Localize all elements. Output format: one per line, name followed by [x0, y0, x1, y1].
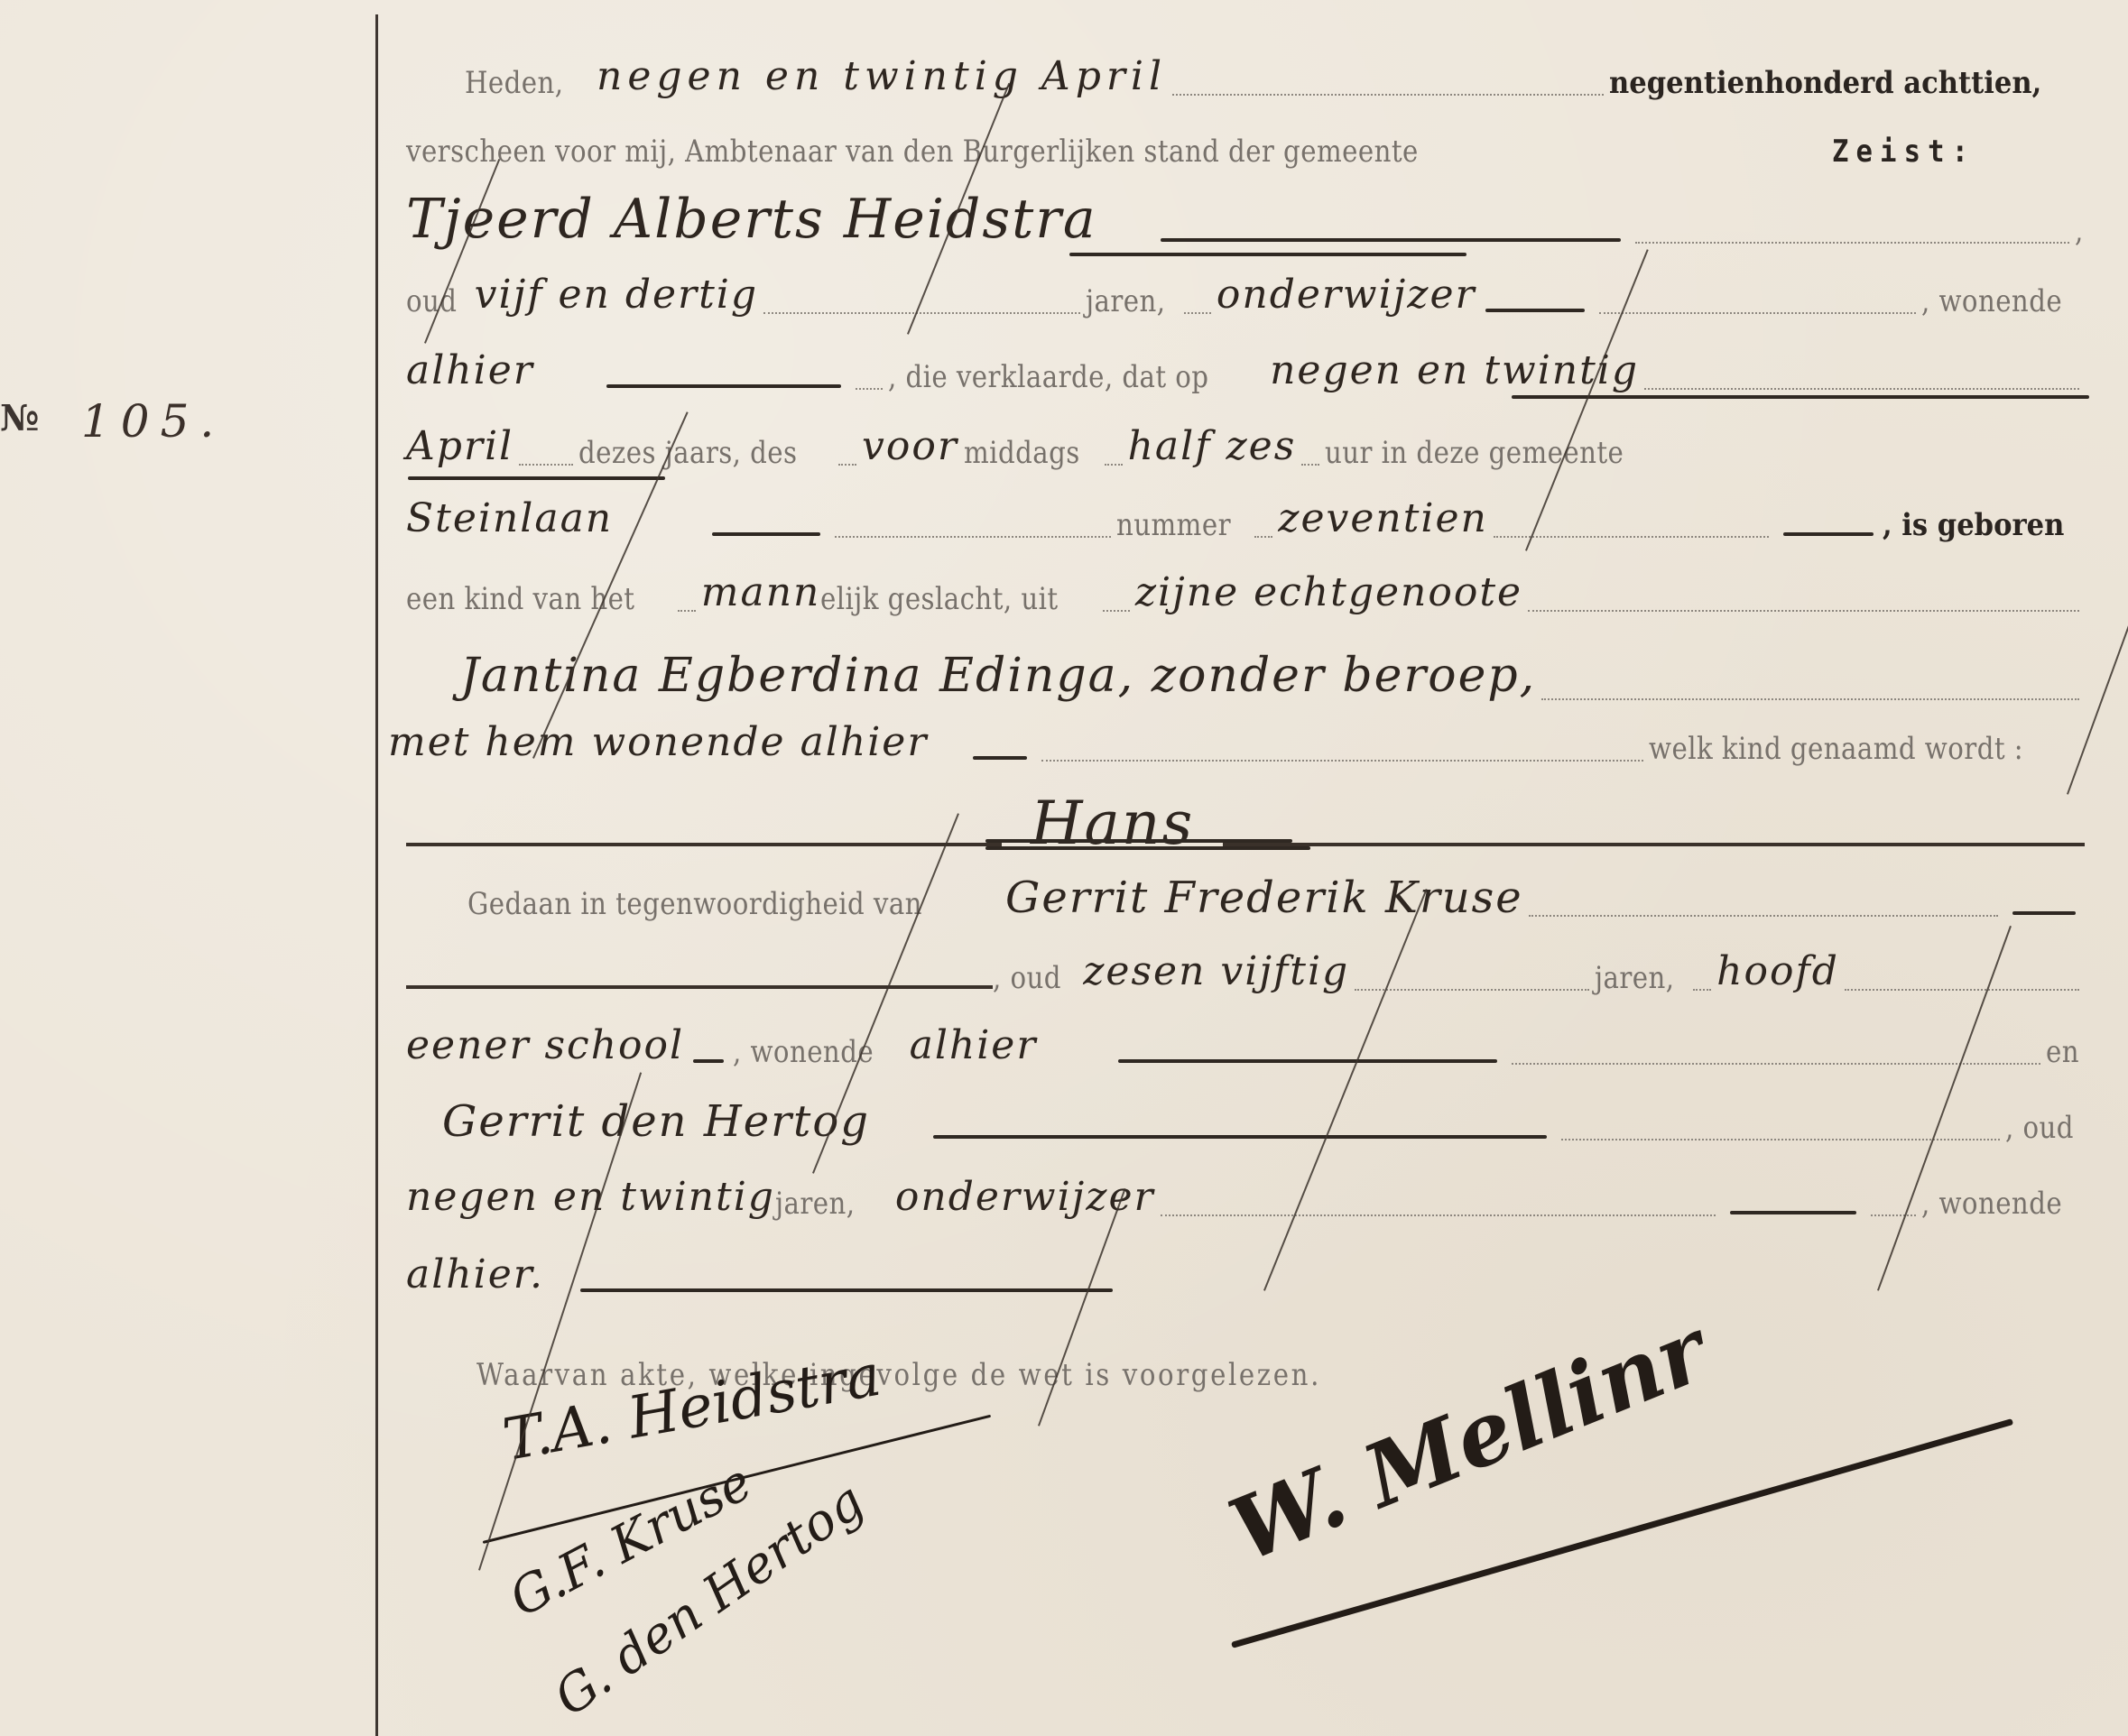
printed-year: negentienhonderd achttien,: [1609, 65, 2041, 101]
handwritten-father-age: vijf en dertig: [475, 272, 758, 318]
fill-dash: [1730, 1211, 1856, 1214]
row-child-name: Hans: [406, 781, 2085, 854]
printed-closing: Waarvan akte, welke ingevolge de wet is …: [476, 1357, 1321, 1393]
handwritten-father-name: Tjeerd Alberts Heidstra: [406, 191, 1097, 247]
register-number-value: 105.: [81, 395, 225, 448]
printed-verklaarde: , die verklaarde, dat op: [888, 359, 1208, 395]
printed-municipality: Zeist:: [1832, 134, 1975, 170]
fill-line: [835, 536, 1110, 538]
fill-dash: [1485, 309, 1585, 312]
child-name-underline-2: [985, 846, 1310, 850]
printed-oud-3: , oud: [2005, 1110, 2074, 1146]
fill-line: [856, 388, 883, 390]
row-date: Heden, negen en twintig April negentienh…: [465, 47, 2089, 101]
row-father-name: Tjeerd Alberts Heidstra ,: [406, 186, 2085, 249]
handwritten-witness-1-occupation-cont: eener school: [406, 1023, 684, 1068]
row-witness-1: Gedaan in tegenwoordigheid van Gerrit Fr…: [467, 868, 2085, 922]
row-witness-2: Gerrit den Hertog , oud: [406, 1092, 2085, 1146]
fill-line: [1301, 464, 1319, 466]
name-underline: [1069, 253, 1466, 256]
handwritten-witness-1-name: Gerrit Frederik Kruse: [1005, 875, 1523, 920]
register-number-label: №: [0, 397, 39, 439]
printed-jaren: jaren,: [1086, 283, 1165, 319]
printed-is-geboren: , is geboren: [1883, 507, 2064, 543]
printed-comma: ,: [2075, 213, 2084, 249]
fill-line: [838, 464, 856, 466]
handwritten-witness-2-residence: alhier.: [406, 1252, 544, 1297]
row-sex-mother: een kind van het mann elijk geslacht, ui…: [406, 563, 2085, 617]
handwritten-street: Steinlaan: [406, 496, 613, 541]
handwritten-mother-name: Jantina Egberdina Edinga, zonder beroep,: [460, 648, 1536, 704]
handwritten-spouse: zijne echtgenoote: [1135, 570, 1522, 615]
row-birth-time: April dezes jaars, des voor middags half…: [406, 417, 2085, 471]
child-name-underline: [985, 839, 1292, 843]
handwritten-child-name: Hans: [1031, 796, 1194, 852]
handwritten-father-occupation: onderwijzer: [1217, 272, 1476, 318]
fill-line: [1172, 94, 1603, 96]
fill-line: [1599, 312, 1916, 314]
fill-dash: [2012, 911, 2076, 915]
fill-line: [1871, 1214, 1916, 1216]
printed-en: en: [2046, 1034, 2079, 1070]
fill-line: [1693, 989, 1711, 991]
printed-wonende: , wonende: [1921, 283, 2062, 319]
printed-middags: middags: [964, 435, 1080, 471]
fill-dash: [580, 1288, 1113, 1292]
printed-verscheen: verscheen voor mij, Ambtenaar van den Bu…: [406, 134, 1633, 170]
fill-rule-left: [406, 843, 1002, 846]
handwritten-witness-2-name: Gerrit den Hertog: [442, 1099, 870, 1144]
fill-dash: [973, 756, 1027, 760]
printed-jaren-3: jaren,: [775, 1186, 855, 1222]
fill-line: [1845, 989, 2079, 991]
handwritten-birth-day: negen en twintig: [1270, 348, 1639, 393]
fill-dash: [1118, 1059, 1497, 1063]
row-child-name-label: met hem wonende alhier welk kind genaamd…: [388, 713, 2085, 767]
fill-line: [1103, 610, 1130, 612]
handwritten-living-with: met hem wonende alhier: [388, 720, 928, 765]
fill-dash: [693, 1059, 724, 1063]
fill-line: [678, 610, 696, 612]
handwritten-voor: voor: [862, 424, 958, 469]
fill-line: [1635, 242, 2069, 244]
fill-line: [1105, 464, 1123, 466]
fill-rule: [406, 985, 993, 989]
printed-oud-2: , oud: [993, 960, 1061, 996]
pen-stroke: [478, 1072, 642, 1570]
printed-uur: uur in deze gemeente: [1325, 435, 1624, 471]
fill-line: [1644, 388, 2079, 390]
row-mother-name: Jantina Egberdina Edinga, zonder beroep,: [406, 642, 2085, 706]
handwritten-witness-1-occupation: hoofd: [1716, 949, 1839, 994]
printed-een-kind: een kind van het: [406, 581, 634, 617]
fill-line: [1355, 989, 1589, 991]
date-underline: [1512, 395, 2089, 399]
handwritten-date: negen en twintig April: [597, 54, 1167, 99]
handwritten-witness-2-age: negen en twintig: [406, 1175, 775, 1220]
printed-welk-kind: welk kind genaamd wordt :: [1649, 731, 2023, 767]
fill-dash: [606, 384, 841, 388]
handwritten-witness-1-age: zesen vijftig: [1083, 949, 1349, 994]
printed-wonende-2: , wonende: [733, 1034, 874, 1070]
printed-oud: oud: [406, 283, 457, 319]
row-address: Steinlaan nummer zeventien , is geboren: [406, 489, 2085, 543]
fill-line: [1254, 536, 1272, 538]
printed-heden: Heden,: [465, 65, 555, 101]
fill-line: [1529, 915, 1998, 917]
handwritten-house-number: zeventien: [1278, 496, 1488, 541]
printed-gedaan: Gedaan in tegenwoordigheid van: [467, 886, 922, 922]
handwritten-residence: alhier: [406, 348, 534, 393]
fill-dash: [712, 532, 820, 536]
fill-line: [763, 312, 1080, 314]
handwritten-sex: mann: [701, 570, 821, 615]
fill-line: [1184, 312, 1211, 314]
row-witness-1-residence: eener school , wonende alhier en: [406, 1016, 2085, 1070]
fill-dash: [933, 1135, 1547, 1139]
handwritten-hour: half zes: [1128, 424, 1297, 469]
fill-line: [1161, 1214, 1716, 1216]
row-appeared: verscheen voor mij, Ambtenaar van den Bu…: [406, 115, 2085, 170]
row-witness-2-residence: alhier.: [406, 1245, 1309, 1299]
printed-wonende-3: , wonende: [1921, 1186, 2062, 1222]
row-residence: alhier , die verklaarde, dat op negen en…: [406, 341, 2085, 395]
fill-line: [1528, 610, 2079, 612]
printed-nummer: nummer: [1116, 507, 1231, 543]
handwritten-birth-month: April: [406, 424, 513, 469]
margin-rule: [375, 14, 378, 1736]
row-father-age: oud vijf en dertig jaren, onderwijzer , …: [406, 265, 2085, 319]
printed-jaren-2: jaren,: [1595, 960, 1674, 996]
fill-rule-right: [1223, 843, 2085, 846]
printed-geslacht: elijk geslacht, uit: [820, 581, 1059, 617]
row-witness-2-age: negen en twintig jaren, onderwijzer , wo…: [406, 1168, 2085, 1222]
row-witness-1-age: , oud zesen vijftig jaren, hoofd: [406, 942, 2085, 996]
fill-dash: [1161, 238, 1621, 242]
fill-line: [1041, 760, 1643, 762]
fill-line: [1494, 536, 1769, 538]
fill-line: [1541, 698, 2079, 700]
handwritten-witness-1-residence: alhier: [910, 1023, 1038, 1068]
fill-dash: [1783, 532, 1874, 536]
month-underline: [408, 476, 665, 480]
fill-line: [519, 464, 573, 466]
printed-dezes-jaars: dezes jaars, des: [578, 435, 797, 471]
